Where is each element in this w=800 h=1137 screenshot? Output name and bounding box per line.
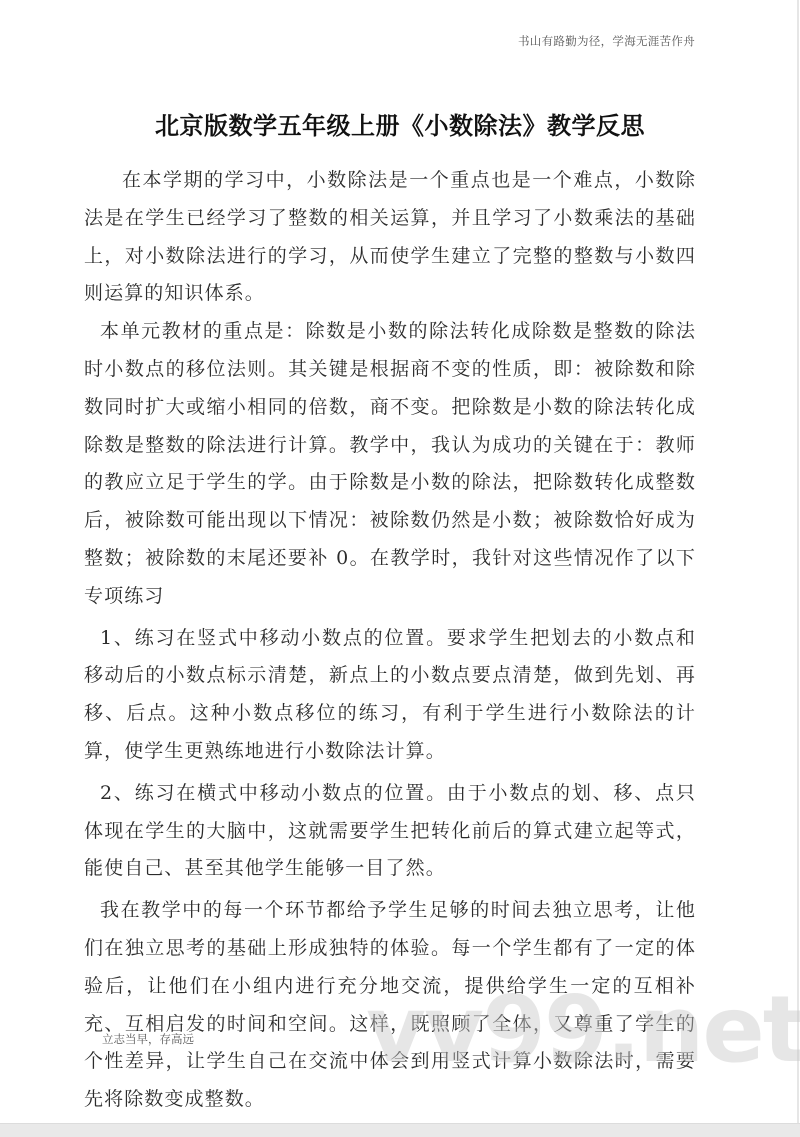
header-motto: 书山有路勤为径，学海无涯苦作舟 [518,33,695,49]
footer-motto: 立志当早，存高远 [102,1031,194,1047]
document-body: 在本学期的学习中，小数除法是一个重点也是一个难点，小数除法是在学生已经学习了整数… [84,162,696,1119]
paragraph-exercise-2: 2、练习在横式中移动小数点的位置。由于小数点的划、移、点只体现在学生的大脑中，这… [84,775,696,888]
page-bottom-edge [0,1123,800,1137]
paragraph-reflection: 我在教学中的每一个环节都给予学生足够的时间去独立思考，让他们在独立思考的基础上形… [84,892,696,1119]
paragraph-exercise-1: 1、练习在竖式中移动小数点的位置。要求学生把划去的小数点和移动后的小数点标示清楚… [84,620,696,771]
paragraph-intro: 在本学期的学习中，小数除法是一个重点也是一个难点，小数除法是在学生已经学习了整数… [84,162,696,313]
document-title: 北京版数学五年级上册《小数除法》教学反思 [0,106,800,141]
paragraph-unit-focus: 本单元教材的重点是：除数是小数的除法转化成除数是整数的除法时小数点的移位法则。其… [84,313,696,615]
document-page: 书山有路勤为径，学海无涯苦作舟 北京版数学五年级上册《小数除法》教学反思 在本学… [0,0,799,1123]
